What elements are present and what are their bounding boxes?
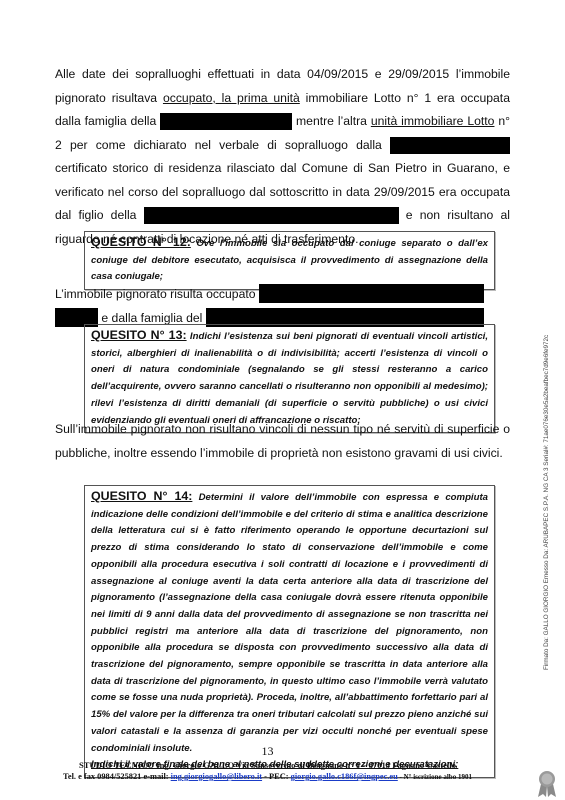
email-link[interactable]: ing.giorgiogallo@libero.it xyxy=(171,772,262,781)
page-number: 13 xyxy=(0,744,535,759)
text-segment: Sull’immobile pignorato non risultano vi… xyxy=(55,422,510,460)
redaction-block xyxy=(390,137,510,154)
footer-text: Tel. e fax 0984/525821 e-mail: xyxy=(63,772,171,781)
redaction-block xyxy=(144,207,399,224)
footer-contact-line: Tel. e fax 0984/525821 e-mail: ing.giorg… xyxy=(0,772,535,781)
underlined-text: occupato, la prima unità xyxy=(163,91,300,105)
digital-signature-text: Firmato Da: GALLO GIORGIO Emesso Da: ARU… xyxy=(543,130,550,670)
redaction-block xyxy=(259,284,484,303)
footer-studio-line: STUDIO TECNICO Ing. Giorgio GALLO Via Sa… xyxy=(0,760,535,770)
paragraph-occupancy: Alle date dei sopralluoghi effettuati in… xyxy=(55,63,510,251)
footer-text: - PEC: xyxy=(262,772,291,781)
quesito-12-box: QUESITO N° 12: Ove l’immobile sia occupa… xyxy=(84,231,495,290)
paragraph-occupied: L’immobile pignorato risulta occupato e … xyxy=(55,283,510,330)
paragraph-vincoli: Sull’immobile pignorato non risultano vi… xyxy=(55,418,510,465)
redaction-block xyxy=(160,113,292,130)
underlined-text: unità immobiliare Lotto xyxy=(371,114,495,128)
footer-text: - N° iscrizione albo 1901 xyxy=(398,773,472,781)
quesito-title: QUESITO N° 13: xyxy=(91,328,187,342)
quesito-13-box: QUESITO N° 13: Indichi l’esistenza sui b… xyxy=(84,324,495,433)
quesito-text: Determini il valore dell’immobile con es… xyxy=(91,492,488,754)
text-segment: L’immobile pignorato risulta occupato xyxy=(55,287,259,301)
award-seal-icon xyxy=(536,770,558,798)
quesito-14-box: QUESITO N° 14: Determini il valore dell’… xyxy=(84,485,495,778)
text-segment: e dalla famiglia del xyxy=(98,311,206,325)
text-segment: mentre l’altra xyxy=(292,114,371,128)
pec-link[interactable]: giorgio.gallo.c186f@ingpec.eu xyxy=(291,772,398,781)
quesito-text: Indichi l’esistenza sui beni pignorati d… xyxy=(91,331,488,426)
quesito-title: QUESITO N° 12: xyxy=(91,235,191,249)
quesito-title: QUESITO N° 14: xyxy=(91,489,192,503)
